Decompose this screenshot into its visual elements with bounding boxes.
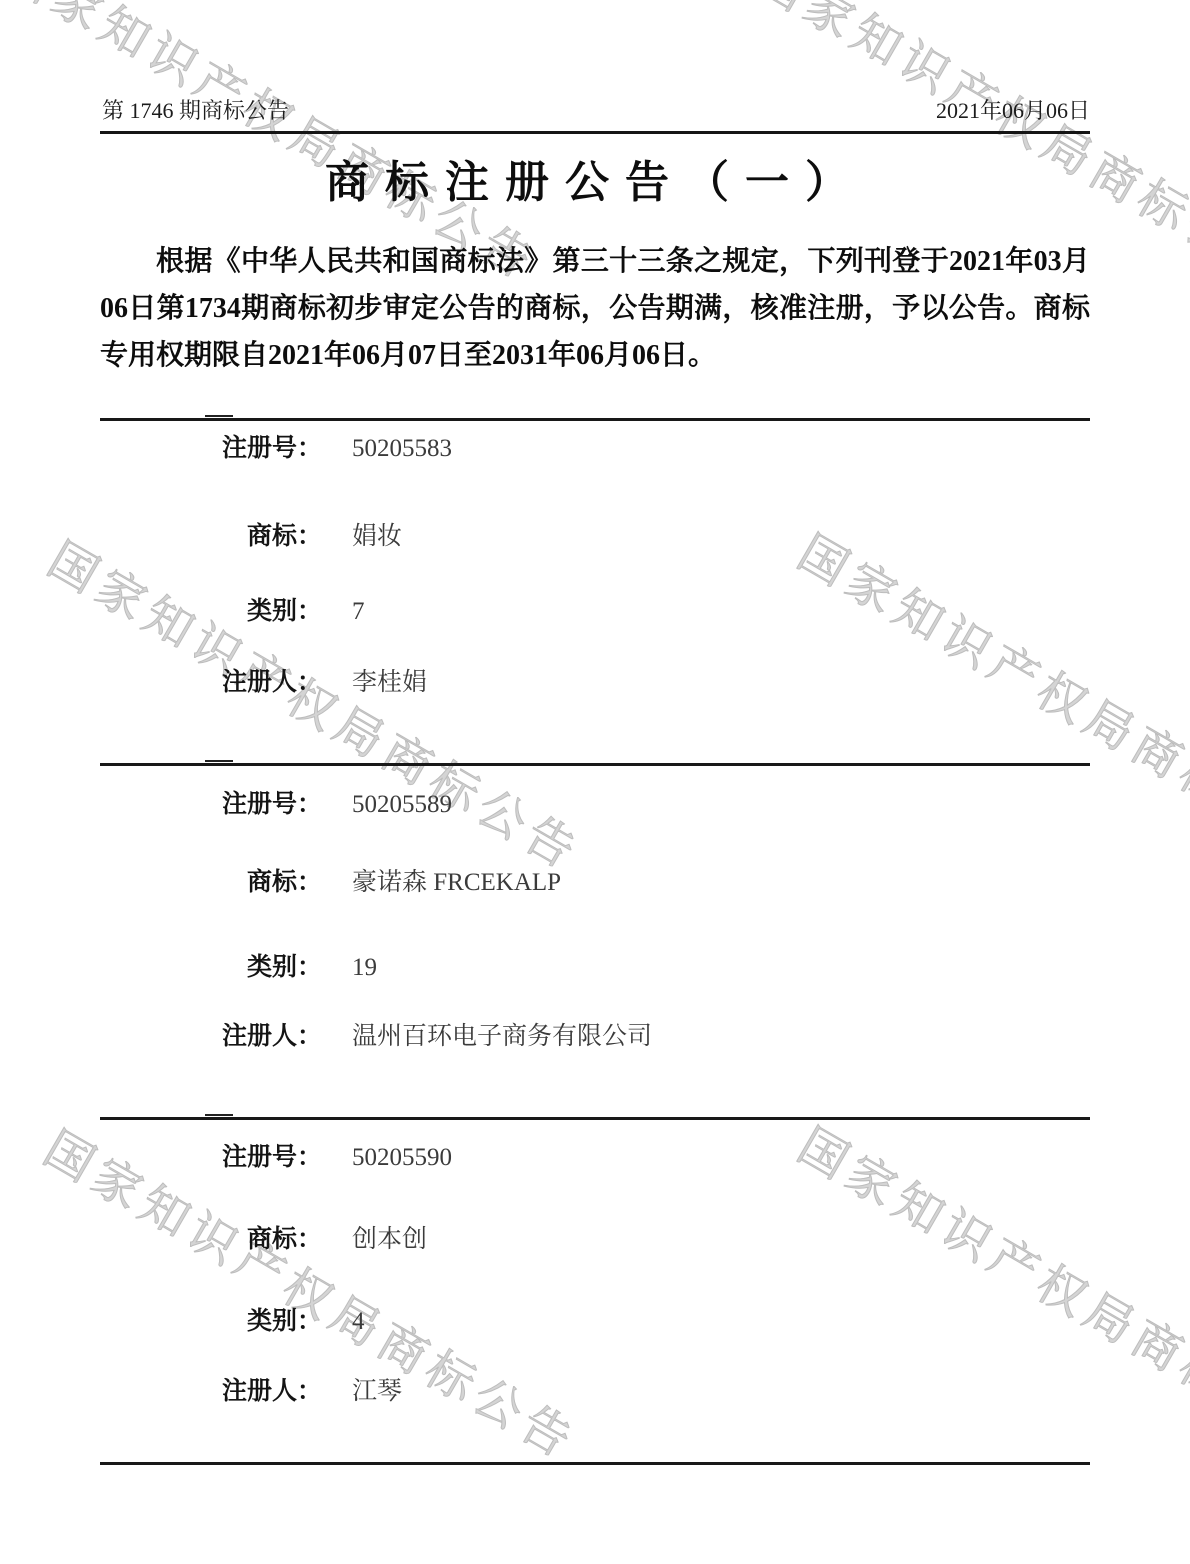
field-value-registrant: 江琴 [352,1371,402,1407]
field-label: 商标： [100,1219,322,1255]
header-issue-number: 第 1746 期商标公告 [102,94,289,125]
field-row-category: 类别： 7 [100,591,1090,627]
field-row-reg-no: 注册号： 50205583 [100,428,1090,464]
field-value-trademark: 娟妆 [352,516,402,552]
field-label: 商标： [100,516,322,552]
field-row-reg-no: 注册号： 50205589 [100,784,1090,820]
field-value-registrant: 温州百环电子商务有限公司 [352,1016,652,1052]
field-value-reg-no: 50205589 [352,791,452,819]
header-rule [100,131,1090,134]
field-row-registrant: 注册人： 温州百环电子商务有限公司 [100,1016,1090,1052]
field-label: 商标： [100,862,322,898]
intro-paragraph: 根据《中华人民共和国商标法》第三十三条之规定，下列刊登于2021年03月06日第… [100,238,1090,379]
field-value-registrant: 李桂娟 [352,662,427,698]
final-rule [100,1462,1090,1465]
page-title: 商标注册公告（一） [0,146,1190,210]
field-label: 注册号： [100,1137,322,1173]
field-label: 类别： [100,1301,322,1337]
field-value-reg-no: 50205583 [352,435,452,463]
separator-tick [205,760,233,762]
field-value-category: 4 [352,1308,365,1336]
field-value-category: 19 [352,954,377,982]
field-row-trademark: 商标： 创本创 [100,1219,1090,1255]
field-label: 类别： [100,591,322,627]
field-row-category: 类别： 4 [100,1301,1090,1337]
field-value-reg-no: 50205590 [352,1144,452,1172]
field-value-trademark: 创本创 [352,1219,427,1255]
separator-tick [205,1114,233,1116]
gazette-page: 国家知识产权局商标公告 国家知识产权局商标公告 国家知识产权局商标公告 国家知识… [0,0,1190,1564]
field-row-trademark: 商标： 豪诺森 FRCEKALP [100,862,1090,898]
field-label: 注册号： [100,784,322,820]
field-label: 注册号： [100,428,322,464]
field-label: 注册人： [100,662,322,698]
field-row-reg-no: 注册号： 50205590 [100,1137,1090,1173]
field-value-category: 7 [352,598,365,626]
record-separator [100,418,1090,421]
field-label: 注册人： [100,1016,322,1052]
field-label: 类别： [100,947,322,983]
field-value-trademark: 豪诺森 FRCEKALP [352,862,561,898]
field-row-trademark: 商标： 娟妆 [100,516,1090,552]
field-row-registrant: 注册人： 李桂娟 [100,662,1090,698]
record-separator [100,1117,1090,1120]
page-content: 第 1746 期商标公告 2021年06月06日 商标注册公告（一） 根据《中华… [0,0,1190,1564]
field-row-category: 类别： 19 [100,947,1090,983]
field-row-registrant: 注册人： 江琴 [100,1371,1090,1407]
record-separator [100,763,1090,766]
field-label: 注册人： [100,1371,322,1407]
separator-tick [205,415,233,417]
header-date: 2021年06月06日 [936,94,1090,125]
